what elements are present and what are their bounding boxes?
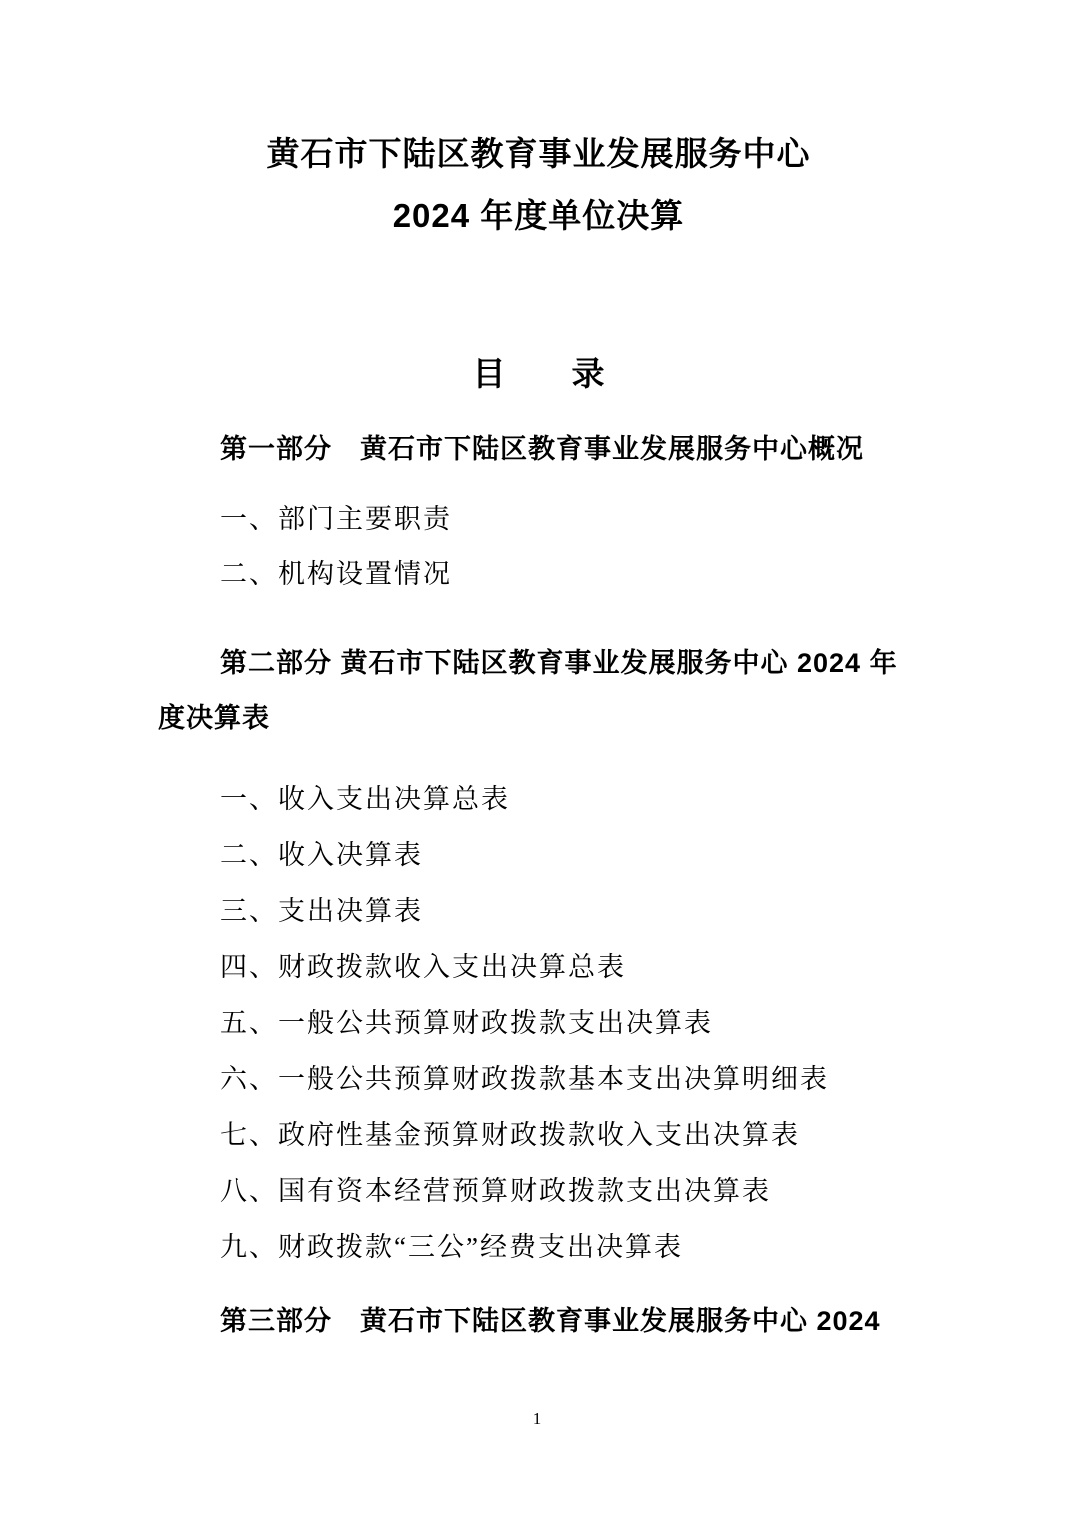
document-page: 黄石市下陆区教育事业发展服务中心 2024 年度单位决算 目 录 第一部分 黄石… [0, 0, 1074, 1520]
part2-heading-line-1: 第二部分 黄石市下陆区教育事业发展服务中心 2024 年 [158, 644, 919, 682]
toc-item: 六、一般公共预算财政拨款基本支出决算明细表 [158, 1060, 919, 1098]
toc-item: 五、一般公共预算财政拨款支出决算表 [158, 1004, 919, 1042]
part2-heading-line-2: 度决算表 [158, 699, 919, 737]
part1-item-list: 一、部门主要职责 二、机构设置情况 [158, 500, 919, 593]
toc-item: 七、政府性基金预算财政拨款收入支出决算表 [158, 1116, 919, 1154]
document-title-line-1: 黄石市下陆区教育事业发展服务中心 [158, 134, 919, 174]
toc-item: 二、收入决算表 [158, 836, 919, 874]
part1-heading: 第一部分 黄石市下陆区教育事业发展服务中心概况 [158, 430, 919, 468]
toc-item: 二、机构设置情况 [158, 555, 919, 593]
document-content: 黄石市下陆区教育事业发展服务中心 2024 年度单位决算 目 录 第一部分 黄石… [0, 134, 1074, 1340]
page-number: 1 [0, 1408, 1074, 1430]
document-title-line-2: 2024 年度单位决算 [158, 196, 919, 236]
part3-heading: 第三部分 黄石市下陆区教育事业发展服务中心 2024 [158, 1302, 919, 1340]
toc-item: 四、财政拨款收入支出决算总表 [158, 948, 919, 986]
toc-item: 九、财政拨款“三公”经费支出决算表 [158, 1228, 919, 1266]
toc-item: 一、部门主要职责 [158, 500, 919, 538]
toc-heading: 目 录 [158, 354, 919, 394]
toc-item: 一、收入支出决算总表 [158, 780, 919, 818]
toc-item: 三、支出决算表 [158, 892, 919, 930]
part2-item-list: 一、收入支出决算总表 二、收入决算表 三、支出决算表 四、财政拨款收入支出决算总… [158, 780, 919, 1266]
toc-item: 八、国有资本经营预算财政拨款支出决算表 [158, 1172, 919, 1210]
